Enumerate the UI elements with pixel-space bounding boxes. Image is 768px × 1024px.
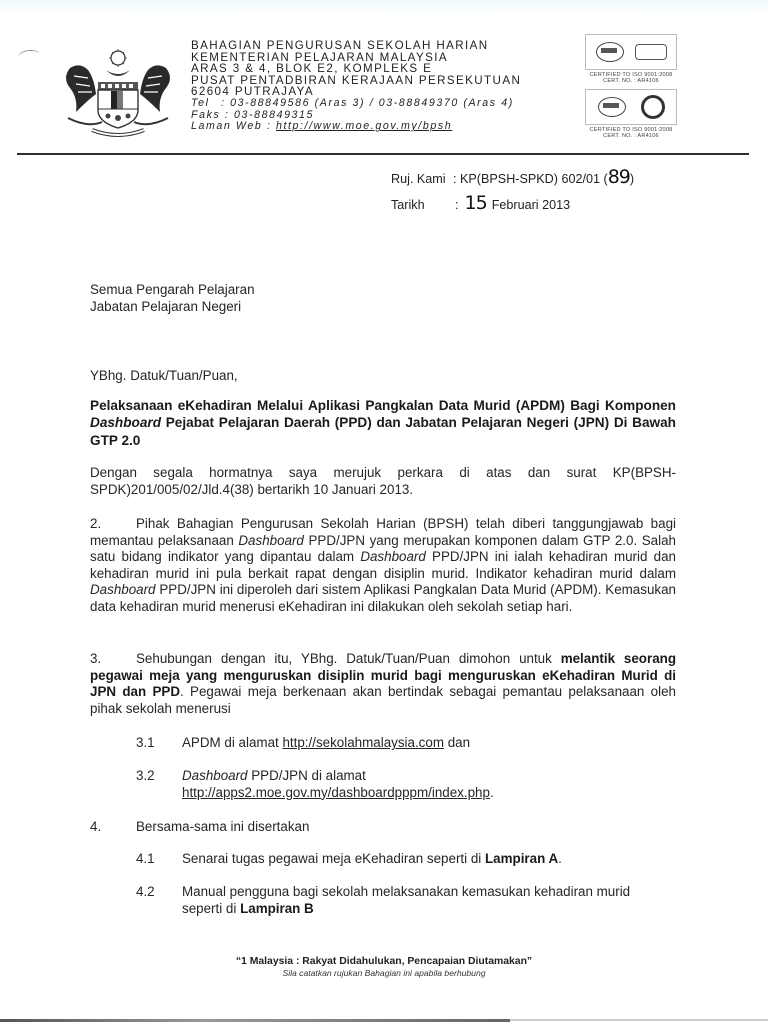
paragraph-3: 3.Sehubungan dengan itu, YBhg. Datuk/Tua… (90, 651, 676, 717)
sirim-logo-icon (598, 97, 626, 117)
apdm-link[interactable]: http://sekolahmalaysia.com (282, 735, 444, 750)
letterhead-divider (17, 153, 749, 155)
handwritten-day: 15 (465, 192, 487, 214)
reference-block: Ruj. Kami : KP(BPSH-SPKD) 602/01 ( 89 ) … (391, 166, 634, 226)
scan-tint (0, 0, 768, 14)
footer-note: Sila catatkan rujukan Bahagian ini apabi… (0, 968, 768, 978)
list-item-4-1: 4.1 Senarai tugas pegawai meja eKehadira… (136, 851, 562, 868)
website: Laman Web : http://www.moe.gov.my/bpsh (191, 121, 571, 133)
standards-logo-icon (635, 44, 667, 60)
department-name: BAHAGIAN PENGURUSAN SEKOLAH HARIAN (191, 40, 571, 52)
salutation: YBhg. Datuk/Tuan/Puan, (90, 368, 676, 385)
telephone: Tel: 03-88849586 (Aras 3) / 03-88849370 … (191, 98, 571, 110)
handwritten-number: 89 (608, 166, 630, 188)
iqnet-logo-icon (641, 95, 665, 119)
coat-of-arms-icon (58, 48, 178, 140)
scan-mark (17, 49, 41, 65)
letter-date: Tarikh : 15 Februari 2013 (391, 192, 634, 226)
page-edge (0, 1019, 510, 1022)
list-item-3-2: 3.2 Dashboard PPD/JPN di alamathttp://ap… (136, 768, 494, 801)
sirim-logo-icon (596, 42, 624, 62)
subject-heading: Pelaksanaan eKehadiran Melalui Aplikasi … (90, 397, 676, 449)
dashboard-link[interactable]: http://apps2.moe.gov.my/dashboardpppm/in… (182, 785, 490, 800)
certification-logos (585, 89, 677, 125)
recipient: Semua Pengarah Pelajaran Jabatan Pelajar… (90, 282, 676, 315)
iso-certification: CERTIFIED TO ISO 9001:2008 CERT. NO. : A… (585, 34, 677, 144)
paragraph-4: 4.Bersama-sama ini disertakan (90, 819, 676, 836)
certification-logos (585, 34, 677, 70)
list-item-3-1: 3.1 APDM di alamat http://sekolahmalaysi… (136, 735, 470, 752)
page-edge (510, 1019, 768, 1021)
paragraph-1: Dengan segala hormatnya saya merujuk per… (90, 465, 676, 498)
letterhead: BAHAGIAN PENGURUSAN SEKOLAH HARIAN KEMEN… (191, 40, 571, 133)
paragraph-2: 2.Pihak Bahagian Pengurusan Sekolah Hari… (90, 516, 676, 616)
list-item-4-2: 4.2 Manual pengguna bagi sekolah melaksa… (136, 884, 656, 917)
website-link[interactable]: http://www.moe.gov.my/bpsh (276, 120, 452, 132)
motto: “1 Malaysia : Rakyat Didahulukan, Pencap… (0, 956, 768, 967)
